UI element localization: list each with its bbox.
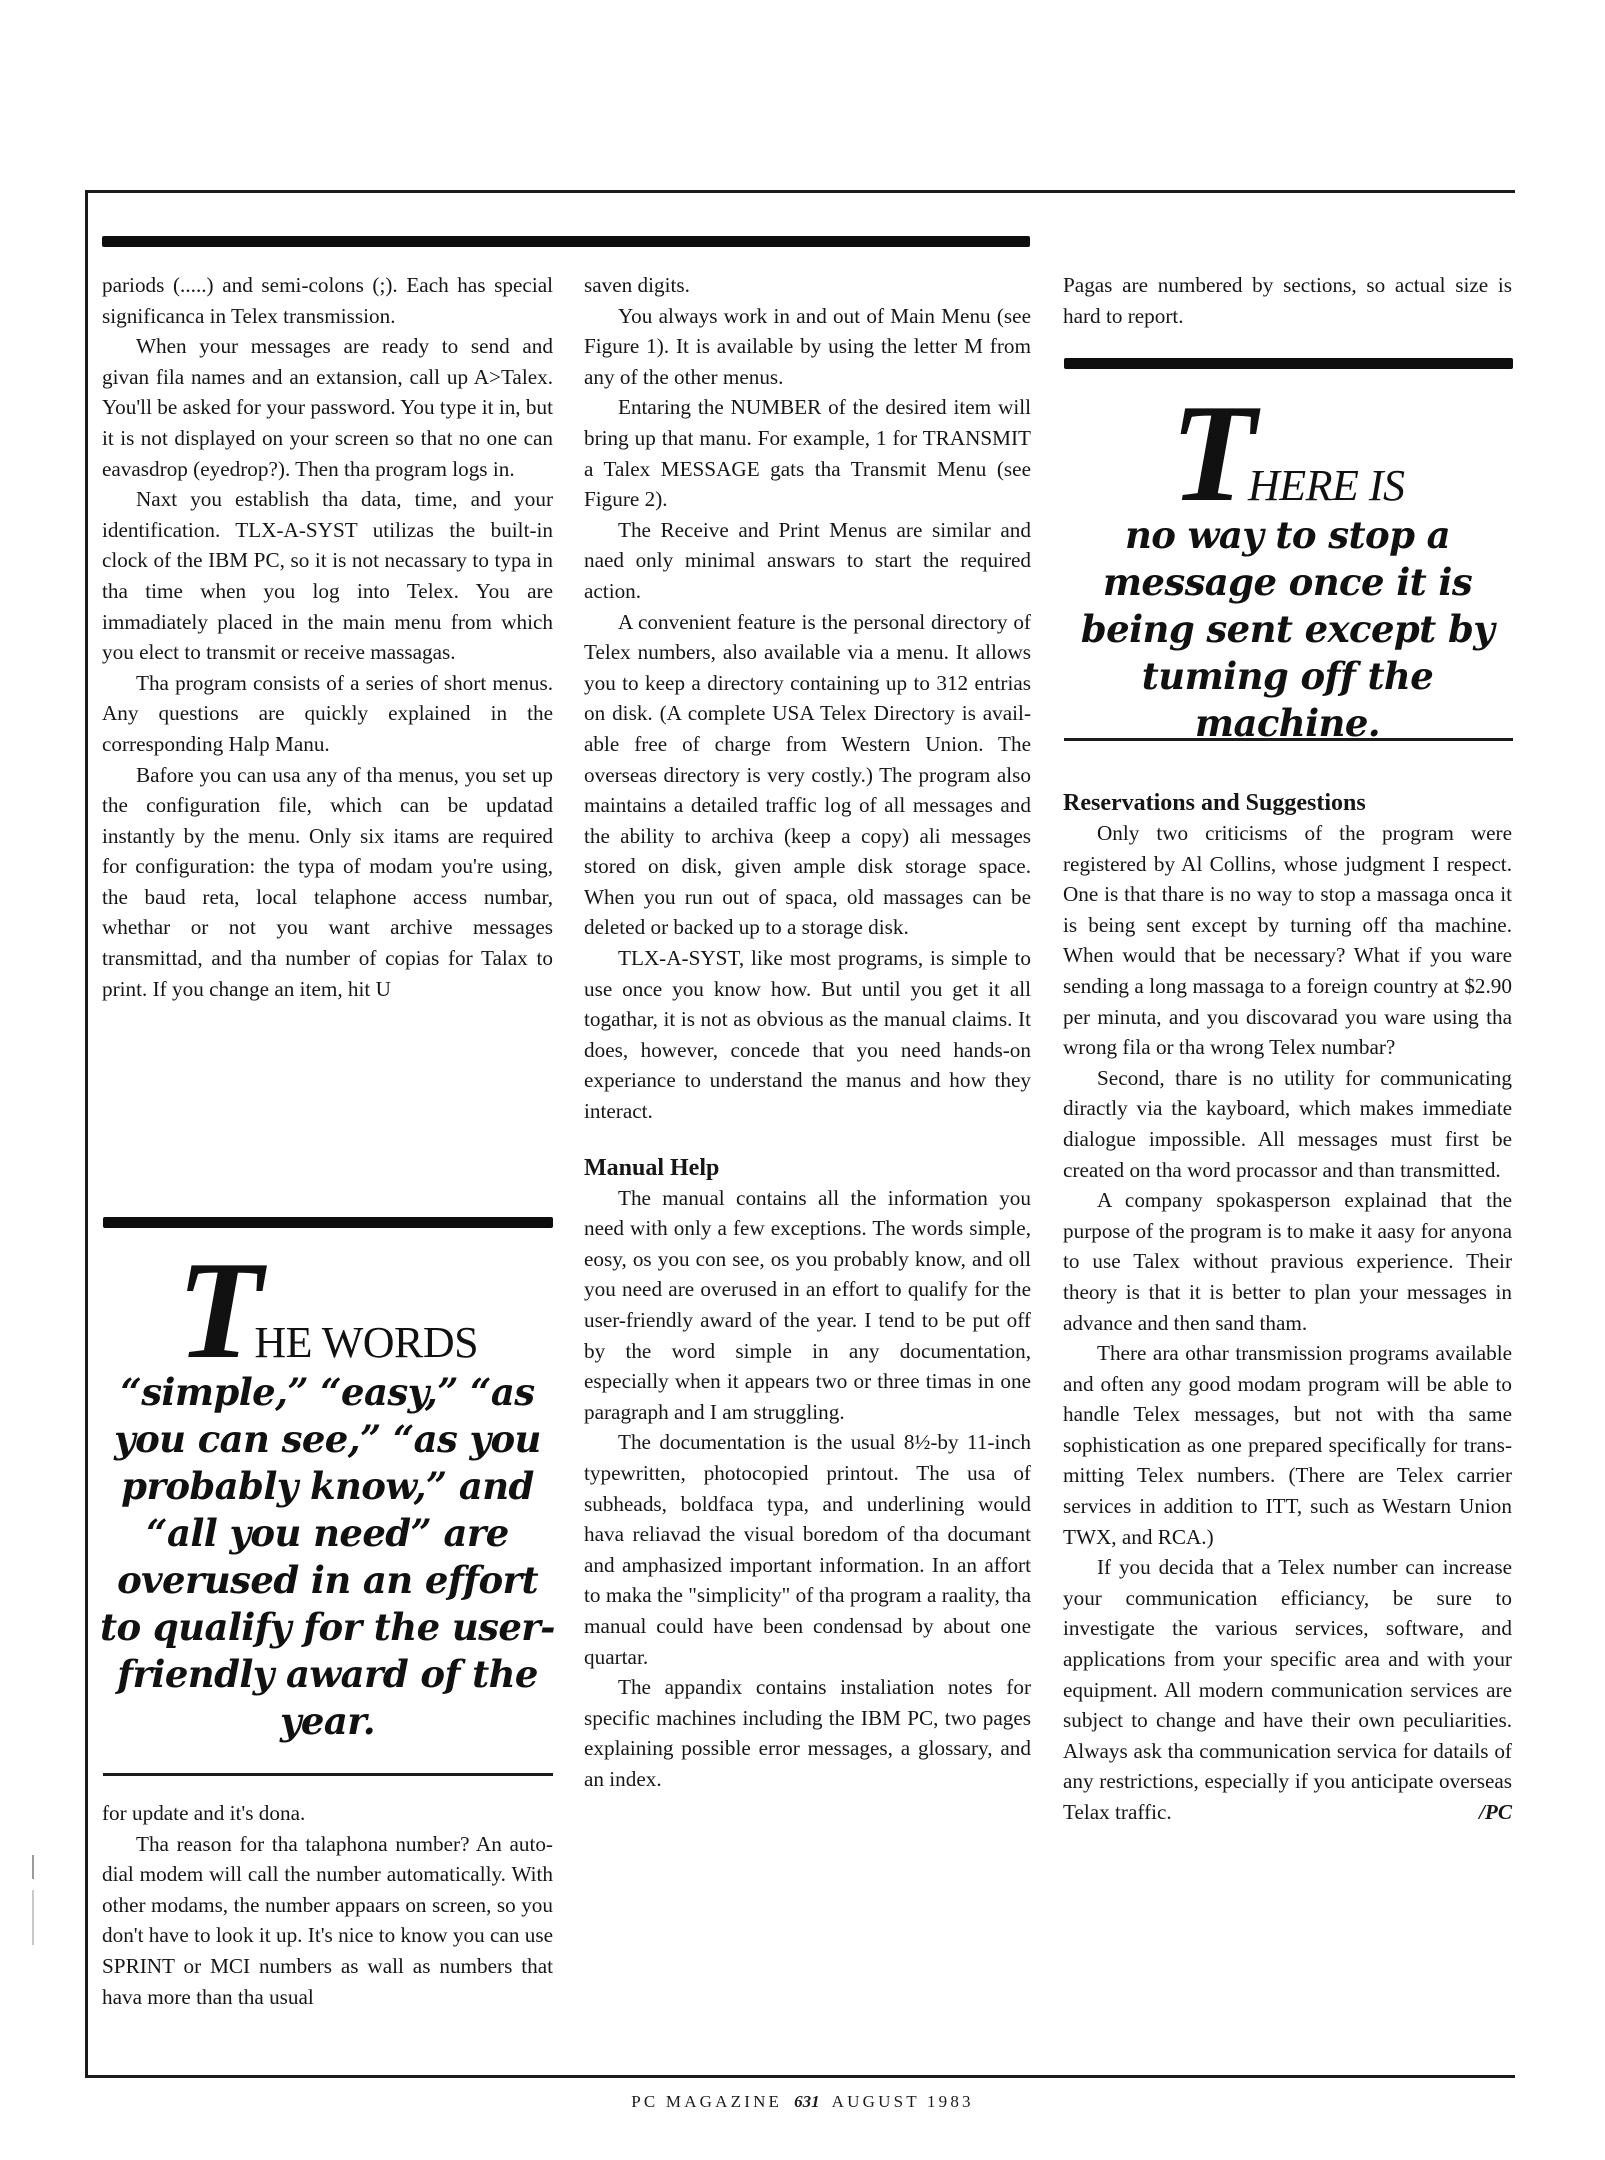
margin-mark	[32, 1855, 34, 1879]
publication-name: PC MAGAZINE	[631, 2092, 782, 2111]
paragraph: saven digits.	[584, 270, 1031, 301]
pull-quote-1-text: “simple,” “easy,” “as you can see,” “as …	[100, 1369, 555, 1745]
paragraph: TLX-A-SYST, like most programs, is simpl…	[584, 943, 1031, 1127]
paragraph-text: If you decida that a Telex number can in…	[1063, 1555, 1512, 1824]
drop-cap: T	[1170, 376, 1256, 531]
frame-left-rule	[85, 190, 88, 2078]
paragraph-last: If you decida that a Telex number can in…	[1063, 1552, 1512, 1827]
signoff: /PC	[1445, 1797, 1512, 1828]
paragraph: The documentation is the usual 8½-by 11-…	[584, 1427, 1031, 1672]
paragraph: A company spokasperson explainad that th…	[1063, 1185, 1512, 1338]
subhead-manual-help: Manual Help	[584, 1153, 1031, 1183]
column-3-continued: Reservations and Suggestions Only two cr…	[1063, 788, 1512, 1828]
pull-quote-1-caps: HE WORDS	[254, 1318, 478, 1367]
pull-quote-2: THERE IS no way to stop a message once i…	[1060, 398, 1515, 747]
frame-bottom-rule	[85, 2075, 1515, 2078]
paragraph: pariods (.....) and semi-colons (;). Eac…	[102, 270, 553, 331]
subhead-reservations: Reservations and Suggestions	[1063, 788, 1512, 818]
drop-cap: T	[177, 1233, 263, 1388]
margin-mark	[32, 1890, 34, 1945]
paragraph: The manual contains all the informa­tion…	[584, 1183, 1031, 1428]
paragraph: A convenient feature is the personal dir…	[584, 607, 1031, 944]
paragraph: Entaring the NUMBER of the desired item …	[584, 392, 1031, 514]
paragraph: Tha reason for tha talaphona number? An …	[102, 1829, 553, 2013]
column-2: saven digits. You always work in and out…	[584, 270, 1031, 1795]
column-1: pariods (.....) and semi-colons (;). Eac…	[102, 270, 553, 1004]
pull-quote-2-top-bar	[1064, 358, 1513, 369]
page-footer: PC MAGAZINE631AUGUST 1983	[0, 2092, 1605, 2112]
paragraph: The Receive and Print Menus are sim­ilar…	[584, 515, 1031, 607]
paragraph: Only two criticisms of the program were …	[1063, 818, 1512, 1063]
paragraph: for update and it's dona.	[102, 1798, 553, 1829]
pull-quote-2-caps: HERE IS	[1248, 461, 1405, 510]
pull-quote-2-bottom-rule	[1064, 738, 1513, 741]
pull-quote-1-bottom-rule	[103, 1773, 553, 1776]
section-bar-top	[102, 236, 1030, 247]
paragraph: There ara othar transmission programs av…	[1063, 1338, 1512, 1552]
pull-quote-2-lead: THERE IS	[1060, 398, 1515, 510]
pull-quote-1-top-bar	[103, 1217, 553, 1228]
paragraph: The appandix contains instaliation notes…	[584, 1672, 1031, 1794]
page-number: 631	[794, 2092, 820, 2111]
paragraph: You always work in and out of Main Menu …	[584, 301, 1031, 393]
paragraph: Bafore you can usa any of tha menus, you…	[102, 760, 553, 1005]
column-3: Pagas are numbered by sections, so actua…	[1063, 270, 1512, 331]
frame-top-rule	[85, 190, 1515, 193]
pull-quote-2-text: no way to stop a message once it is bein…	[1060, 512, 1515, 747]
pull-quote-1: THE WORDS “simple,” “easy,” “as you can …	[100, 1255, 555, 1745]
issue-date: AUGUST 1983	[832, 2092, 974, 2111]
pull-quote-1-lead: THE WORDS	[100, 1255, 555, 1367]
paragraph: Naxt you establish tha data, time, and y…	[102, 484, 553, 668]
paragraph: Pagas are numbered by sections, so actua…	[1063, 270, 1512, 331]
paragraph: Second, thare is no utility for commu­ni…	[1063, 1063, 1512, 1185]
paragraph: Tha program consists of a series of shor…	[102, 668, 553, 760]
paragraph: When your messages are ready to send and…	[102, 331, 553, 484]
column-1-continued: for update and it's dona. Tha reason for…	[102, 1798, 553, 2012]
